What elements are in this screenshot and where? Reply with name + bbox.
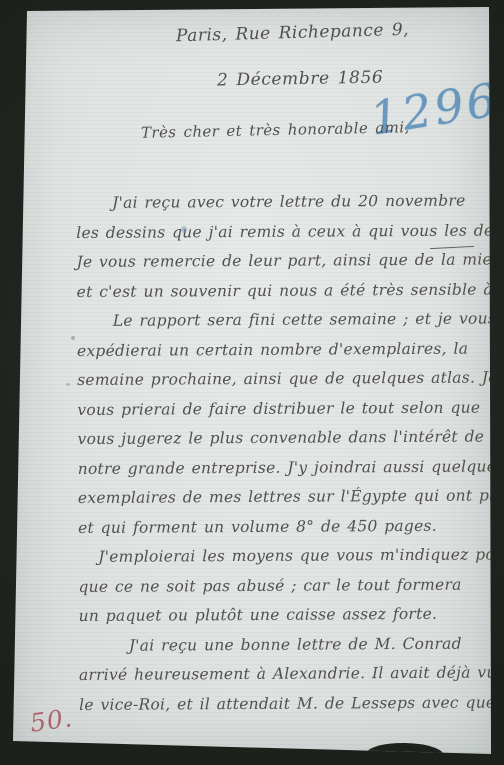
- handwriting-line: que ce ne soit pas abusé ; car le tout f…: [78, 570, 478, 602]
- bottom-edge-smudge: [366, 742, 444, 757]
- letter-paper: Paris, Rue Richepance 9, 2 Décembre 1856…: [0, 0, 504, 765]
- handwriting-line: exemplaires de mes lettres sur l'Égypte …: [78, 482, 478, 514]
- letter-date-line: 2 Décembre 1856: [217, 68, 384, 91]
- letter-address-line: Paris, Rue Richepance 9,: [176, 20, 410, 46]
- handwriting-line: expédierai un certain nombre d'exemplair…: [77, 334, 477, 366]
- handwriting-line: semaine prochaine, ainsi que de quelques…: [77, 364, 477, 396]
- handwriting-line: les dessins que j'ai remis à ceux à qui …: [76, 216, 476, 248]
- handwriting-line: le vice-Roi, et il attendait M. de Lesse…: [79, 688, 479, 720]
- blue-ink-speck: [181, 226, 187, 233]
- paper-speck: [66, 383, 70, 386]
- letter-body: J'ai reçu avec votre lettre du 20 novemb…: [76, 187, 479, 720]
- handwriting-line: et c'est un souvenir qui nous a été très…: [77, 275, 477, 307]
- folio-number: 50.: [28, 703, 74, 738]
- letter-salutation: Très cher et très honorable ami,: [141, 118, 410, 142]
- handwriting-line: Le rapport sera fini cette semaine ; et …: [77, 305, 477, 337]
- photo-stage: Paris, Rue Richepance 9, 2 Décembre 1856…: [0, 0, 504, 765]
- handwriting-line: Je vous remercie de leur part, ainsi que…: [76, 246, 476, 278]
- handwriting-line: vous prierai de faire distribuer le tout…: [77, 393, 477, 425]
- handwriting-line: J'ai reçu avec votre lettre du 20 novemb…: [76, 187, 476, 219]
- handwriting-line: J'emploierai les moyens que vous m'indiq…: [78, 541, 478, 573]
- handwriting-line: vous jugerez le plus convenable dans l'i…: [77, 423, 477, 455]
- handwriting-line: notre grande entreprise. J'y joindrai au…: [78, 452, 478, 484]
- handwriting-line: arrivé heureusement à Alexandrie. Il ava…: [79, 659, 479, 691]
- handwriting-line: J'ai reçu une bonne lettre de M. Conrad: [79, 629, 479, 661]
- handwriting-line: et qui forment un volume 8° de 450 pages…: [78, 511, 478, 543]
- handwriting-line: un paquet ou plutôt une caisse assez for…: [79, 600, 479, 632]
- paper-speck: [71, 336, 75, 340]
